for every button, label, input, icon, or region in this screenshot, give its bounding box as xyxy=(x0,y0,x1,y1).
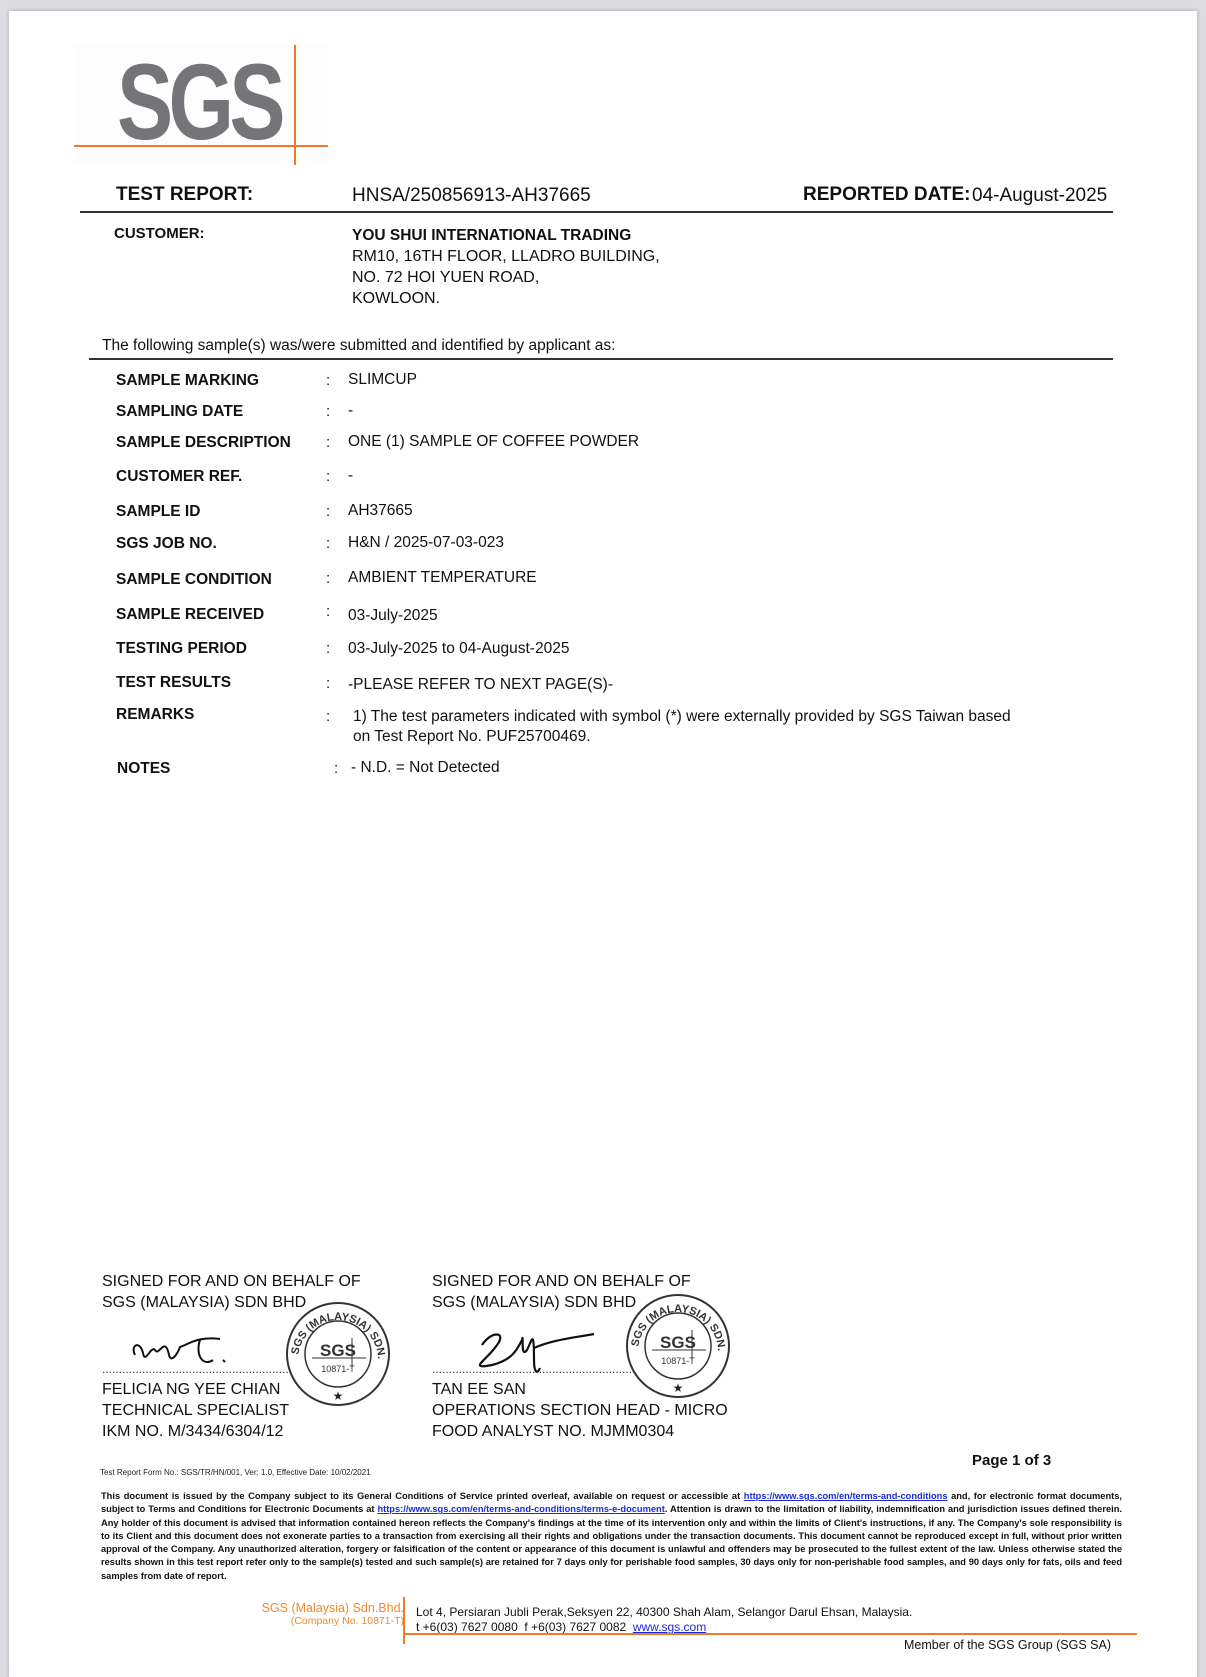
disclaimer-text: This document is issued by the Company s… xyxy=(101,1491,744,1501)
legal-disclaimer: This document is issued by the Company s… xyxy=(101,1490,1122,1583)
customer-block: YOU SHUI INTERNATIONAL TRADING RM10, 16T… xyxy=(352,225,660,309)
field-label: SGS JOB NO. xyxy=(116,535,217,553)
field-value: SLIMCUP xyxy=(348,371,417,389)
field-value: H&N / 2025-07-03-023 xyxy=(348,534,504,552)
signatory-name: FELICIA NG YEE CHIAN xyxy=(102,1379,289,1400)
field-label: REMARKS xyxy=(116,706,194,724)
signatory-title: TECHNICAL SPECIALIST xyxy=(102,1400,289,1421)
field-value: - xyxy=(348,467,353,485)
signatory-1-details: FELICIA NG YEE CHIAN TECHNICAL SPECIALIS… xyxy=(102,1379,289,1442)
footer-address-block: Lot 4, Persiaran Jubli Perak,Seksyen 22,… xyxy=(416,1605,912,1635)
field-label: SAMPLE ID xyxy=(116,503,200,521)
disclaimer-text: . Attention is drawn to the limitation o… xyxy=(101,1504,1122,1580)
svg-text:SGS: SGS xyxy=(320,1341,356,1360)
svg-text:★: ★ xyxy=(673,1381,684,1395)
field-label: TEST RESULTS xyxy=(116,674,231,692)
field-colon: : xyxy=(326,570,330,587)
footer-fax: f +6(03) 7627 0082 xyxy=(524,1620,626,1634)
signature-line-2: ........................................… xyxy=(432,1362,642,1376)
field-colon: : xyxy=(326,535,330,552)
svg-text:10871-T: 10871-T xyxy=(661,1356,695,1366)
remarks-line-2: on Test Report No. PUF25700469. xyxy=(353,728,591,746)
signature-line-1: ........................................… xyxy=(102,1362,305,1376)
footer-horizontal-line xyxy=(403,1633,1137,1635)
field-label: NOTES xyxy=(117,760,170,778)
field-value: 03-July-2025 xyxy=(348,607,438,625)
sgs-logo-text: SGS xyxy=(117,47,281,157)
svg-text:★: ★ xyxy=(333,1389,344,1403)
footer-vertical-line xyxy=(403,1597,405,1644)
member-of-group: Member of the SGS Group (SGS SA) xyxy=(904,1638,1111,1652)
field-colon: : xyxy=(326,603,330,620)
field-label: SAMPLING DATE xyxy=(116,403,243,421)
footer-company: SGS (Malaysia) Sdn.Bhd. (Company No. 108… xyxy=(262,1601,404,1627)
field-label: TESTING PERIOD xyxy=(116,640,247,658)
signatory-reg-no: FOOD ANALYST NO. MJMM0304 xyxy=(432,1421,728,1442)
field-colon: : xyxy=(334,760,338,777)
terms-conditions-link[interactable]: https://www.sgs.com/en/terms-and-conditi… xyxy=(744,1491,948,1501)
field-colon: : xyxy=(326,708,330,725)
field-value: 03-July-2025 to 04-August-2025 xyxy=(348,640,569,658)
customer-label: CUSTOMER: xyxy=(114,225,205,242)
field-label: SAMPLE RECEIVED xyxy=(116,606,264,624)
form-number: Test Report Form No.: SGS/TR/HN/001, Ver… xyxy=(100,1468,371,1477)
field-value: AH37665 xyxy=(348,502,413,520)
field-colon: : xyxy=(326,640,330,657)
test-report-number: HNSA/250856913-AH37665 xyxy=(352,185,591,207)
signatory-reg-no: IKM NO. M/3434/6304/12 xyxy=(102,1421,289,1442)
field-colon: : xyxy=(326,675,330,692)
field-colon: : xyxy=(326,403,330,420)
signatory-title: OPERATIONS SECTION HEAD - MICRO xyxy=(432,1400,728,1421)
field-label: SAMPLE MARKING xyxy=(116,372,259,390)
field-label: CUSTOMER REF. xyxy=(116,468,242,486)
intro-text: The following sample(s) was/were submitt… xyxy=(102,337,615,355)
svg-text:SGS: SGS xyxy=(660,1333,696,1352)
terms-e-document-link[interactable]: https://www.sgs.com/en/terms-and-conditi… xyxy=(377,1504,664,1514)
customer-name: YOU SHUI INTERNATIONAL TRADING xyxy=(352,225,660,246)
intro-divider xyxy=(89,358,1113,360)
footer-address: Lot 4, Persiaran Jubli Perak,Seksyen 22,… xyxy=(416,1605,912,1620)
test-report-label: TEST REPORT: xyxy=(116,184,253,206)
page-indicator: Page 1 of 3 xyxy=(972,1452,1051,1469)
footer-phone: t +6(03) 7627 0080 xyxy=(416,1620,518,1634)
customer-address-line-1: RM10, 16TH FLOOR, LLADRO BUILDING, xyxy=(352,246,660,267)
footer-company-name: SGS (Malaysia) Sdn.Bhd. xyxy=(262,1601,404,1615)
company-stamp-1: SGS (MALAYSIA) SDN. BHD. SGS 10871-T ★ xyxy=(284,1300,392,1408)
company-stamp-2: SGS (MALAYSIA) SDN. BHD. SGS 10871-T ★ xyxy=(624,1292,732,1400)
field-colon: : xyxy=(326,372,330,389)
field-colon: : xyxy=(326,503,330,520)
footer-company-no: (Company No. 10871-T) xyxy=(262,1615,404,1627)
svg-text:10871-T: 10871-T xyxy=(321,1364,355,1374)
field-label: SAMPLE DESCRIPTION xyxy=(116,434,291,452)
header-divider xyxy=(80,211,1113,213)
signed-for-text: SIGNED FOR AND ON BEHALF OF xyxy=(432,1271,691,1292)
field-value: AMBIENT TEMPERATURE xyxy=(348,569,537,587)
logo-underline xyxy=(74,145,328,147)
customer-address-line-2: NO. 72 HOI YUEN ROAD, xyxy=(352,267,660,288)
reported-date: 04-August-2025 xyxy=(972,185,1107,207)
field-colon: : xyxy=(326,468,330,485)
field-value: - xyxy=(348,402,353,420)
field-value: - N.D. = Not Detected xyxy=(351,759,500,777)
logo-vertical-line xyxy=(294,45,296,165)
reported-date-label: REPORTED DATE: xyxy=(803,184,970,206)
field-value: ONE (1) SAMPLE OF COFFEE POWDER xyxy=(348,433,639,451)
footer-website-link[interactable]: www.sgs.com xyxy=(633,1620,706,1634)
remarks-line-1: 1) The test parameters indicated with sy… xyxy=(353,708,1011,726)
field-colon: : xyxy=(326,434,330,451)
signed-for-text: SIGNED FOR AND ON BEHALF OF xyxy=(102,1271,361,1292)
customer-address-line-3: KOWLOON. xyxy=(352,288,660,309)
field-value: -PLEASE REFER TO NEXT PAGE(S)- xyxy=(348,676,613,694)
field-label: SAMPLE CONDITION xyxy=(116,571,272,589)
